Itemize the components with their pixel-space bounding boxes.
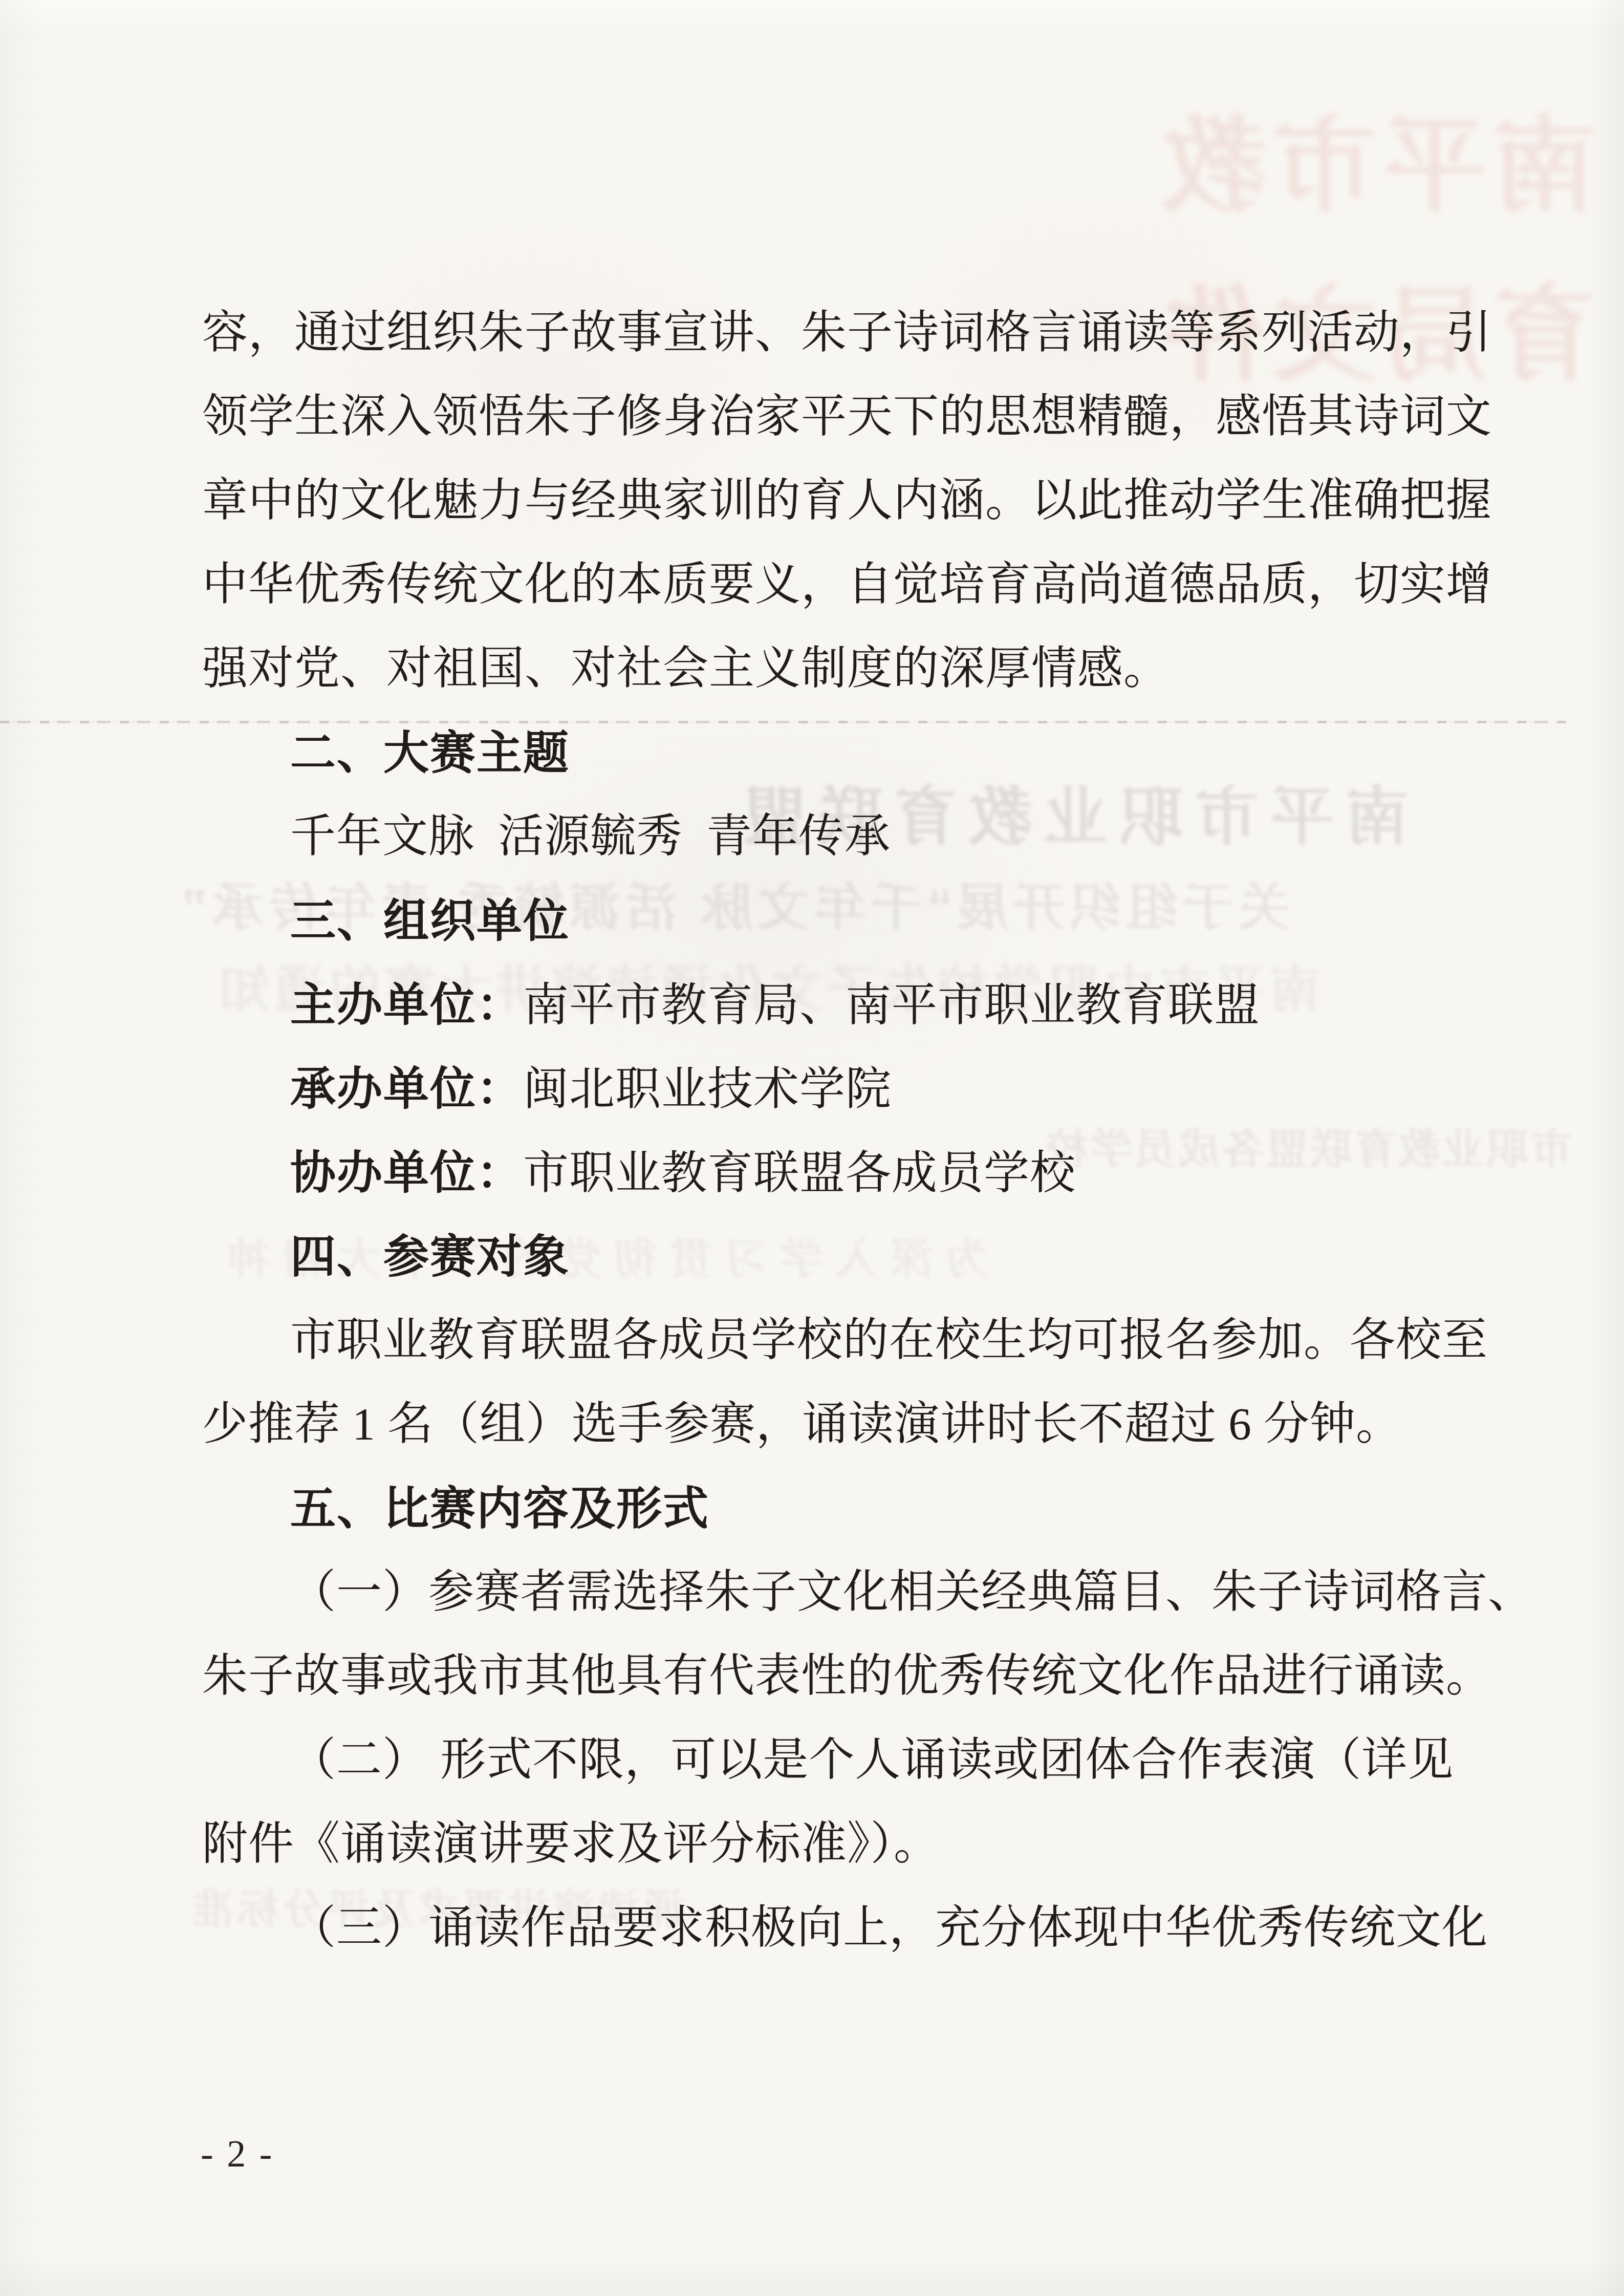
document-line: 容，通过组织朱子故事宣讲、朱子诗词格言诵读等系列活动，引 (202, 291, 1471, 375)
line-text: 容，通过组织朱子故事宣讲、朱子诗词格言诵读等系列活动，引 (202, 308, 1492, 358)
line-text: 闽北职业技术学院 (523, 1064, 892, 1114)
line-text: 二、大赛主题 (290, 727, 570, 778)
line-text: 千年文脉 活源毓秀 青年传承 (290, 811, 891, 862)
line-text: 五、比赛内容及形式 (290, 1483, 709, 1534)
line-label-bold: 协办单位： (290, 1147, 523, 1198)
section-heading: 四、参赛对象 (202, 1214, 1471, 1298)
document-line: 承办单位：闽北职业技术学院 (202, 1046, 1471, 1130)
document-line: 强对党、对祖国、对社会主义制度的深厚情感。 (202, 627, 1471, 711)
line-text: （一）参赛者需选择朱子文化相关经典篇目、朱子诗词格言、 (290, 1567, 1534, 1617)
document-line: 中华优秀传统文化的本质要义，自觉培育高尚道德品质，切实增 (202, 543, 1471, 627)
line-text: 南平市教育局、南平市职业教育联盟 (523, 980, 1260, 1031)
line-text: 领学生深入领悟朱子修身治家平天下的思想精髓，感悟其诗词文 (202, 392, 1492, 442)
document-line: （二） 形式不限，可以是个人诵读或团体合作表演（详见 (202, 1718, 1471, 1802)
document-line: 千年文脉 活源毓秀 青年传承 (202, 795, 1471, 878)
document-line: 章中的文化魅力与经典家训的育人内涵。以此推动学生准确把握 (202, 459, 1471, 543)
document-line: 领学生深入领悟朱子修身治家平天下的思想精髓，感悟其诗词文 (202, 375, 1471, 459)
document-line: （一）参赛者需选择朱子文化相关经典篇目、朱子诗词格言、 (202, 1550, 1471, 1634)
line-text: 附件《诵读演讲要求及评分标准》）。 (202, 1819, 940, 1869)
line-text: 市职业教育联盟各成员学校 (523, 1148, 1076, 1198)
line-label-bold: 主办单位： (290, 979, 523, 1030)
line-text: 市职业教育联盟各成员学校的在校生均可报名参加。各校至 (290, 1315, 1488, 1365)
line-text: 四、参赛对象 (290, 1231, 570, 1282)
section-heading: 五、比赛内容及形式 (202, 1466, 1471, 1550)
document-line: 主办单位：南平市教育局、南平市职业教育联盟 (202, 962, 1471, 1046)
line-text: 章中的文化魅力与经典家训的育人内涵。以此推动学生准确把握 (202, 476, 1492, 526)
section-heading: 三、组织单位 (202, 878, 1471, 962)
document-line: 朱子故事或我市其他具有代表性的优秀传统文化作品进行诵读。 (202, 1634, 1471, 1718)
document-line: （三）诵读作品要求积极向上，充分体现中华优秀传统文化 (202, 1886, 1471, 1970)
line-text: 强对党、对祖国、对社会主义制度的深厚情感。 (202, 643, 1170, 694)
page-number: - 2 - (201, 2134, 274, 2175)
line-text: （二） 形式不限，可以是个人诵读或团体合作表演（详见 (290, 1735, 1454, 1785)
line-label-bold: 承办单位： (290, 1063, 523, 1114)
line-text: 少推荐 1 名（组）选手参赛，诵读演讲时长不超过 6 分钟。 (202, 1399, 1402, 1449)
line-text: （三）诵读作品要求积极向上，充分体现中华优秀传统文化 (290, 1903, 1488, 1953)
document-line: 少推荐 1 名（组）选手参赛，诵读演讲时长不超过 6 分钟。 (202, 1382, 1471, 1466)
document-line: 协办单位：市职业教育联盟各成员学校 (202, 1130, 1471, 1214)
line-text: 中华优秀传统文化的本质要义，自觉培育高尚道德品质，切实增 (202, 560, 1492, 610)
section-heading: 二、大赛主题 (202, 711, 1471, 795)
document-line: 附件《诵读演讲要求及评分标准》）。 (202, 1802, 1471, 1886)
scanned-document-page: 南平市教育局文件 南平市职业教育联盟 关于组织开展“千年文脉 活源毓秀 青年传承… (0, 0, 1624, 2296)
document-line: 市职业教育联盟各成员学校的在校生均可报名参加。各校至 (202, 1298, 1471, 1382)
document-body: 容，通过组织朱子故事宣讲、朱子诗词格言诵读等系列活动，引领学生深入领悟朱子修身治… (202, 291, 1471, 1970)
line-text: 朱子故事或我市其他具有代表性的优秀传统文化作品进行诵读。 (202, 1651, 1492, 1701)
line-text: 三、组织单位 (290, 895, 570, 946)
